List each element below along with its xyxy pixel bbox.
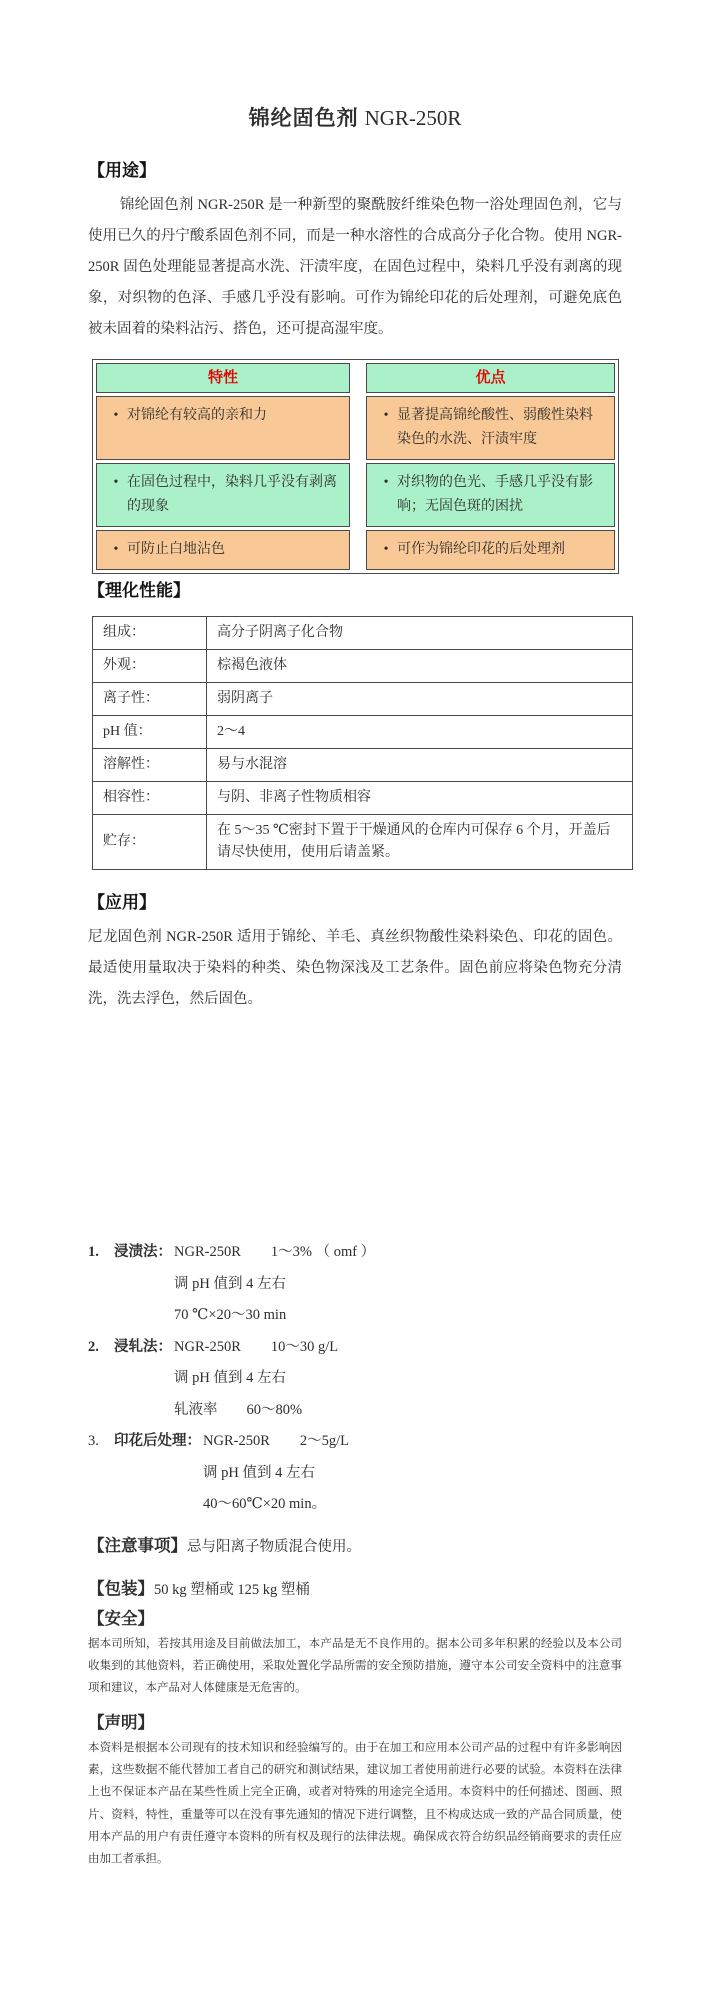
method-item-dip: 1. 浸渍法： NGR-250R1～3% （ omf ） 调 pH 值到 4 左… [88, 1237, 622, 1332]
method-dose-line: NGR-250R1～3% （ omf ） [174, 1237, 622, 1269]
advantage-text: 显著提高锦纶酸性、弱酸性染料染色的水洗、汗渍牢度 [397, 404, 606, 452]
feature-cell: •可防止白地沾色 [96, 530, 350, 570]
method-number: 3. [88, 1426, 114, 1458]
notice-label: 【注意事项】 [88, 1536, 187, 1555]
advantage-cell: •可作为锦纶印花的后处理剂 [366, 530, 615, 570]
section-heading-properties: 【理化性能】 [88, 578, 622, 604]
dosage-methods-list: 1. 浸渍法： NGR-250R1～3% （ omf ） 调 pH 值到 4 左… [88, 1237, 622, 1521]
section-heading-usage: 【用途】 [88, 158, 622, 184]
package-text: 50 kg 塑桶或 125 kg 塑桶 [154, 1582, 310, 1598]
bullet-icon: • [375, 404, 397, 452]
method-product: NGR-250R [174, 1244, 241, 1260]
bullet-icon: • [105, 471, 127, 519]
method-body: NGR-250R10～30 g/L 调 pH 值到 4 左右 轧液率 60～80… [174, 1332, 622, 1427]
gap-column [353, 396, 363, 460]
page-title: 锦纶固色剂NGR-250R [88, 104, 622, 132]
table-row: •对锦纶有较高的亲和力 •显著提高锦纶酸性、弱酸性染料染色的水洗、汗渍牢度 [96, 396, 615, 460]
properties-table: 组成： 高分子阴离子化合物 外观： 棕褐色液体 离子性： 弱阴离子 pH 值： … [92, 616, 633, 870]
table-row: 溶解性： 易与水混溶 [93, 749, 633, 782]
advantage-text: 对织物的色光、手感几乎没有影响；无固色斑的困扰 [397, 471, 606, 519]
method-step: 调 pH 值到 4 左右 [174, 1269, 622, 1301]
advantage-cell: •对织物的色光、手感几乎没有影响；无固色斑的困扰 [366, 463, 615, 527]
property-label: 相容性： [93, 782, 207, 815]
method-item-print-aftertreat: 3. 印花后处理： NGR-250R2～5g/L 调 pH 值到 4 左右 40… [88, 1426, 622, 1521]
gap-column [353, 463, 363, 527]
table-row: 贮存： 在 5～35 ℃密封下置于干燥通风的仓库内可保存 6 个月，开盖后请尽快… [93, 815, 633, 870]
property-value: 在 5～35 ℃密封下置于干燥通风的仓库内可保存 6 个月，开盖后请尽快使用，使… [207, 815, 633, 870]
gap-column [353, 530, 363, 570]
package-line: 【包装】50 kg 塑桶或 125 kg 塑桶 [88, 1576, 622, 1603]
property-value: 弱阴离子 [207, 683, 633, 716]
bullet-icon: • [105, 538, 127, 562]
safety-paragraph: 据本司所知，若按其用途及目前做法加工，本产品是无不良作用的。据本公司多年积累的经… [88, 1633, 622, 1700]
table-row: 外观： 棕褐色液体 [93, 650, 633, 683]
bullet-icon: • [105, 404, 127, 428]
advantage-cell: •显著提高锦纶酸性、弱酸性染料染色的水洗、汗渍牢度 [366, 396, 615, 460]
advantage-text: 可作为锦纶印花的后处理剂 [397, 538, 606, 562]
property-label: pH 值： [93, 716, 207, 749]
usage-paragraph: 锦纶固色剂 NGR-250R 是一种新型的聚酰胺纤维染色物一浴处理固色剂，它与使… [88, 190, 622, 345]
method-product: NGR-250R [203, 1433, 270, 1449]
feature-advantage-table: 特性 优点 •对锦纶有较高的亲和力 •显著提高锦纶酸性、弱酸性染料染色的水洗、汗… [92, 359, 619, 574]
bullet-icon: • [375, 538, 397, 562]
product-name-cn: 锦纶固色剂 [249, 106, 359, 130]
gap-column [353, 363, 363, 393]
notice-text: 忌与阳离子物质混合使用。 [187, 1539, 361, 1555]
table-header-row: 特性 优点 [96, 363, 615, 393]
application-paragraph: 尼龙固色剂 NGR-250R 适用于锦纶、羊毛、真丝织物酸性染料染色、印花的固色… [88, 922, 622, 1015]
product-name-code: NGR-250R [365, 106, 462, 130]
property-value: 2～4 [207, 716, 633, 749]
property-label: 组成： [93, 617, 207, 650]
property-value: 高分子阴离子化合物 [207, 617, 633, 650]
table-row: •在固色过程中，染料几乎没有剥离的现象 •对织物的色光、手感几乎没有影响；无固色… [96, 463, 615, 527]
method-number: 2. [88, 1332, 114, 1364]
method-body: NGR-250R2～5g/L 调 pH 值到 4 左右 40～60℃×20 mi… [203, 1426, 622, 1521]
property-label: 离子性： [93, 683, 207, 716]
notice-line: 【注意事项】忌与阳离子物质混合使用。 [88, 1533, 622, 1560]
method-number: 1. [88, 1237, 114, 1269]
method-name: 浸渍法： [114, 1237, 172, 1269]
method-amount: 1～3% （ omf ） [271, 1244, 375, 1260]
method-step: 轧液率 60～80% [174, 1395, 622, 1427]
table-row: 组成： 高分子阴离子化合物 [93, 617, 633, 650]
property-value: 易与水混溶 [207, 749, 633, 782]
document-page: 锦纶固色剂NGR-250R 【用途】 锦纶固色剂 NGR-250R 是一种新型的… [0, 0, 707, 2000]
method-body: NGR-250R1～3% （ omf ） 调 pH 值到 4 左右 70 ℃×2… [174, 1237, 622, 1332]
package-label: 【包装】 [88, 1579, 154, 1598]
table-row: pH 值： 2～4 [93, 716, 633, 749]
feature-text: 在固色过程中，染料几乎没有剥离的现象 [127, 471, 341, 519]
method-step: 调 pH 值到 4 左右 [174, 1363, 622, 1395]
table-row: 相容性： 与阴、非离子性物质相容 [93, 782, 633, 815]
method-item-pad: 2. 浸轧法： NGR-250R10～30 g/L 调 pH 值到 4 左右 轧… [88, 1332, 622, 1427]
method-step: 40～60℃×20 min。 [203, 1489, 622, 1521]
method-dose-line: NGR-250R2～5g/L [203, 1426, 622, 1458]
section-heading-safety: 【安全】 [88, 1607, 622, 1631]
section-heading-statement: 【声明】 [88, 1711, 622, 1735]
feature-cell: •对锦纶有较高的亲和力 [96, 396, 350, 460]
advantage-column-header: 优点 [366, 363, 615, 393]
method-step: 70 ℃×20～30 min [174, 1300, 622, 1332]
method-dose-line: NGR-250R10～30 g/L [174, 1332, 622, 1364]
property-value: 与阴、非离子性物质相容 [207, 782, 633, 815]
table-row: •可防止白地沾色 •可作为锦纶印花的后处理剂 [96, 530, 615, 570]
method-name: 印花后处理： [114, 1426, 201, 1458]
method-step: 调 pH 值到 4 左右 [203, 1458, 622, 1490]
table-row: 离子性： 弱阴离子 [93, 683, 633, 716]
feature-cell: •在固色过程中，染料几乎没有剥离的现象 [96, 463, 350, 527]
method-product: NGR-250R [174, 1339, 241, 1355]
bullet-icon: • [375, 471, 397, 519]
section-heading-application: 【应用】 [88, 890, 622, 916]
feature-text: 对锦纶有较高的亲和力 [127, 404, 341, 428]
feature-text: 可防止白地沾色 [127, 538, 341, 562]
statement-paragraph: 本资料是根据本公司现有的技术知识和经验编写的。由于在加工和应用本公司产品的过程中… [88, 1737, 622, 1871]
feature-column-header: 特性 [96, 363, 350, 393]
method-amount: 10～30 g/L [271, 1339, 338, 1355]
property-label: 外观： [93, 650, 207, 683]
method-name: 浸轧法： [114, 1332, 172, 1364]
property-value: 棕褐色液体 [207, 650, 633, 683]
property-label: 贮存： [93, 815, 207, 870]
property-label: 溶解性： [93, 749, 207, 782]
method-amount: 2～5g/L [300, 1433, 349, 1449]
